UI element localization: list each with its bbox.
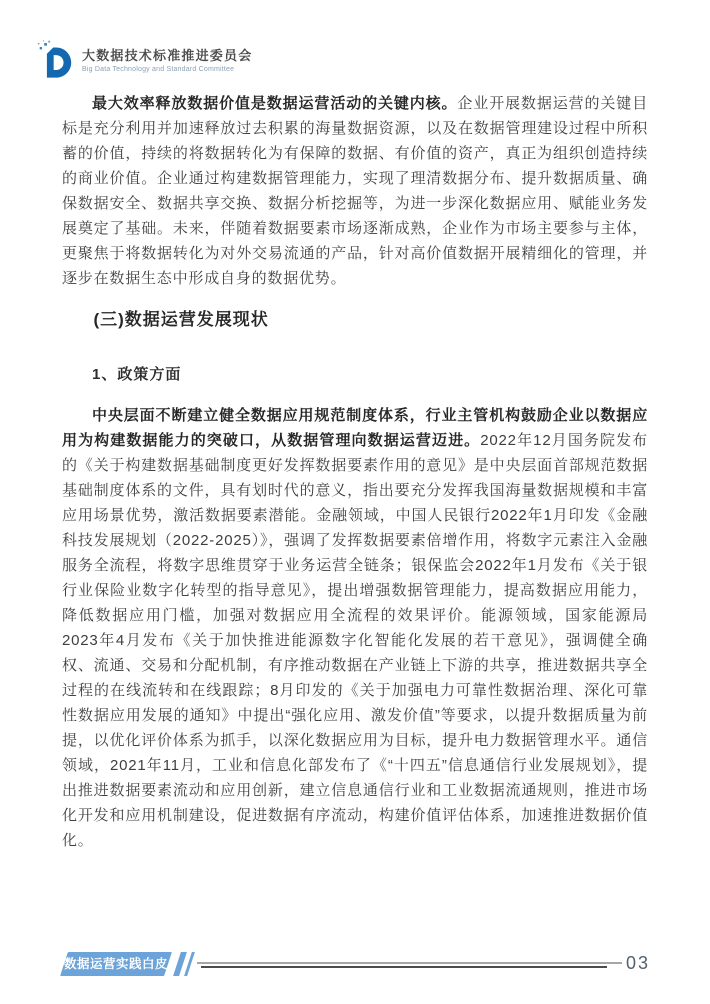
committee-logo: 大数据技术标准推进委员会 Big Data Technology and Sta…	[37, 40, 252, 82]
logo-subtitle: Big Data Technology and Standard Committ…	[82, 66, 252, 74]
paragraph-1: 最大效率释放数据价值是数据运营活动的关键内核。企业开展数据运营的关键目标是充分利…	[62, 91, 648, 291]
logo-title: 大数据技术标准推进委员会	[82, 49, 252, 63]
footer-badge: 数据运营实践白皮书	[60, 952, 172, 976]
document-page: 大数据技术标准推进委员会 Big Data Technology and Sta…	[0, 0, 710, 1004]
paragraph-1-text: 企业开展数据运营的关键目标是充分利用并加速释放过去积累的海量数据资源，以及在数据…	[62, 95, 648, 287]
paragraph-2: 中央层面不断建立健全数据应用规范制度体系，行业主管机构鼓励企业以数据应用为构建数…	[62, 403, 648, 853]
big-data-committee-logo-icon	[37, 40, 73, 82]
paragraph-1-lead: 最大效率释放数据价值是数据运营活动的关键内核。	[92, 95, 457, 112]
section-heading: (三)数据运营发展现状	[62, 307, 648, 332]
footer-badge-label: 数据运营实践白皮书	[64, 952, 168, 976]
paragraph-2-text: 2022年12月国务院发布的《关于构建数据基础制度更好发挥数据要素作用的意见》是…	[62, 432, 648, 849]
footer-rule-dark	[201, 966, 607, 968]
footer-rule-light	[197, 962, 622, 964]
page-body: 最大效率释放数据价值是数据运营活动的关键内核。企业开展数据运营的关键目标是充分利…	[62, 91, 648, 853]
logo-text: 大数据技术标准推进委员会 Big Data Technology and Sta…	[82, 40, 252, 74]
subsection-heading: 1、政策方面	[62, 362, 648, 387]
page-number: 03	[626, 953, 650, 974]
